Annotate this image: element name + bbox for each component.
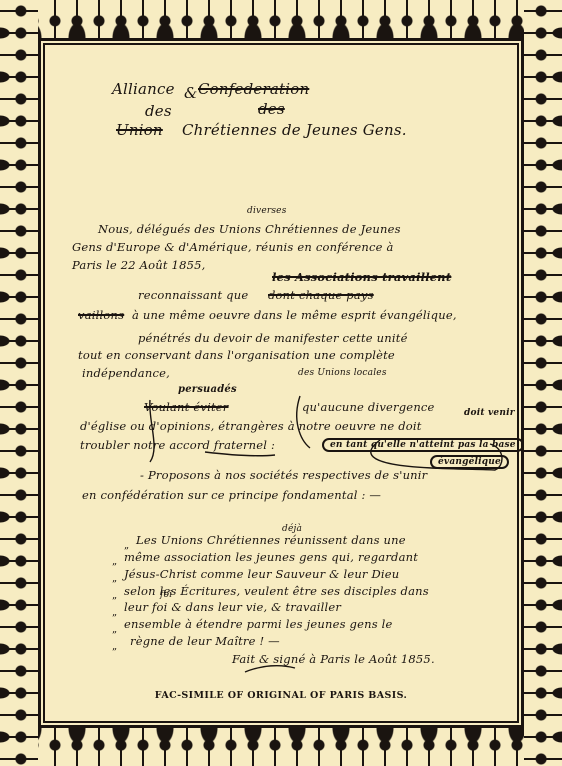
caption: FAC-SIMILE OF ORIGINAL OF PARIS BASIS.	[0, 690, 562, 701]
editorial-strokes	[0, 0, 562, 766]
